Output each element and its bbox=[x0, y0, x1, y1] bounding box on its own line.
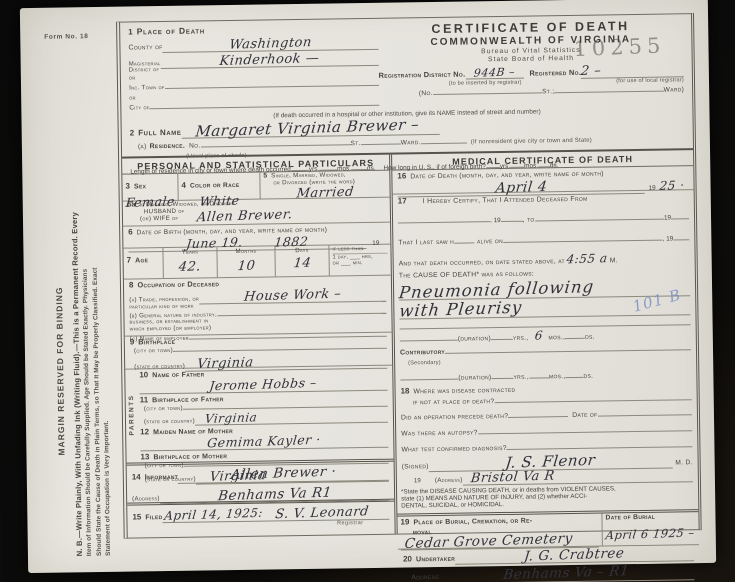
item-11-number: 11 bbox=[140, 395, 149, 405]
reg-district-label: Registration District No. bbox=[379, 70, 466, 80]
wife-of-label: (or) WIFE of bbox=[140, 214, 178, 222]
county-value-line: Washington bbox=[162, 36, 378, 53]
burial-date-value: April 6 1925 – bbox=[605, 527, 695, 541]
item-13-number: 13 bbox=[140, 452, 149, 462]
where-contracted-blank bbox=[494, 399, 691, 403]
md-label: M. D. bbox=[675, 458, 692, 468]
duration1-lead-blank bbox=[400, 332, 458, 342]
alive-on-blank bbox=[503, 240, 663, 243]
item-4-number: 4 bbox=[181, 181, 186, 190]
informant-address-value: Benhams Va R1 bbox=[217, 486, 332, 503]
status-cell: 5Single, Married, Widowed, or Divorced (… bbox=[260, 171, 389, 199]
if-less-cell: if less than 1 day, ___ hrs, or ___ min. bbox=[329, 245, 390, 276]
city-blank bbox=[150, 105, 379, 109]
attended-from-blank bbox=[398, 221, 490, 223]
personal-column: PERSONAL AND STATISTICAL PARTICULARS 3Se… bbox=[122, 155, 398, 538]
physician-address: Bristol Va R bbox=[470, 470, 555, 486]
date-of-blank bbox=[597, 414, 691, 416]
mother-value: Gemima Kayler · bbox=[207, 434, 322, 450]
registered-line: 2 – bbox=[581, 63, 684, 79]
signed-label: (Signed) bbox=[402, 462, 429, 472]
last-saw-h-blank bbox=[454, 234, 474, 243]
header-grid: 1 Place of Death County of Washington Ma… bbox=[128, 18, 684, 113]
bp-city-label: (city or town) bbox=[134, 348, 173, 355]
burial-date-cell: Date of Burial April 6 1925 – bbox=[602, 512, 698, 545]
or-label-2: or bbox=[129, 93, 136, 103]
undertaker-value: J. G. Crabtree bbox=[524, 547, 626, 564]
undertaker-address-value: Benhams Va – R1 bbox=[503, 565, 630, 582]
form-columns: PERSONAL AND STATISTICAL PARTICULARS 3Se… bbox=[122, 150, 699, 537]
abode-note: (Usual place of abode) bbox=[186, 151, 247, 162]
howlong-mos-blank bbox=[510, 159, 524, 168]
inc-town-blank bbox=[165, 85, 379, 89]
sex-cell: 3Sex Female bbox=[122, 174, 178, 201]
item-16-number: 16 bbox=[397, 171, 406, 181]
full-name-trailing-space bbox=[440, 127, 685, 131]
duration1-yrs-blank bbox=[491, 331, 513, 340]
residence-st-blank bbox=[361, 143, 401, 145]
informant-value: Allen Brewer · bbox=[230, 466, 337, 483]
undertaker-line: J. G. Crabtree bbox=[455, 547, 694, 565]
item-1-number: 1 bbox=[128, 26, 133, 37]
age-cell: 7Age bbox=[123, 248, 163, 279]
if-less-3: or ___ min. bbox=[333, 260, 388, 267]
duration2-yrs-blank bbox=[491, 370, 513, 379]
or-label-1: or bbox=[129, 73, 136, 83]
duration1-label: (duration) bbox=[458, 334, 491, 344]
item-5a-number: 5a bbox=[128, 201, 136, 208]
duration2-mos: mos., bbox=[549, 372, 566, 382]
row-informant: 14 Informant Allen Brewer · (Address) Be… bbox=[127, 462, 395, 506]
registered-value: 2 – bbox=[580, 64, 602, 78]
age-days-cell: Days 14 bbox=[275, 246, 329, 277]
certificate-form: 10255 1 Place of Death County of Washing… bbox=[116, 13, 702, 539]
contributory-block: Contributory (Secondary) (duration) yrs.… bbox=[395, 341, 697, 384]
burial-place-cell: 19Place of Burial, Cremation, or Re- mov… bbox=[397, 513, 602, 548]
county-label: County of bbox=[128, 43, 162, 54]
undertaker-address-line: Benhams Va – R1 bbox=[439, 565, 695, 582]
secondary-label: (Secondary) bbox=[408, 358, 441, 368]
residence-st-label: St. bbox=[350, 139, 360, 149]
length-mos-blank bbox=[319, 161, 337, 170]
form-header: 10255 1 Place of Death County of Washing… bbox=[120, 14, 693, 158]
autopsy-blank bbox=[478, 430, 692, 434]
occ-a-value: House Work – bbox=[243, 288, 342, 304]
age-label: Age bbox=[135, 257, 148, 264]
title-block: CERTIFICATE OF DEATH COMMONWEALTH OF VIR… bbox=[378, 18, 685, 110]
parents-vertical-label: PARENTS bbox=[128, 384, 136, 446]
nb-instructions: N. B.—Write Plainly, With Unfading Ink (… bbox=[66, 30, 113, 557]
nonresident-note: (If nonresident give city or town and St… bbox=[471, 136, 592, 148]
duration2-ds: ds. bbox=[583, 372, 593, 382]
father-value: Jerome Hobbs – bbox=[209, 377, 318, 393]
inc-town-label: Inc. Town of bbox=[129, 83, 165, 94]
father-bp-city-blank bbox=[183, 405, 388, 409]
m-label: M. bbox=[610, 256, 618, 266]
sig-address-label: (Address) bbox=[435, 476, 463, 486]
occ-a-label-2: particular kind of work bbox=[129, 303, 199, 311]
county-line: County of Washington bbox=[128, 36, 378, 54]
item-15-number: 15 bbox=[132, 512, 141, 522]
duration2-ds-blank bbox=[565, 369, 583, 378]
occ-b-label-3: which employed (or employer) bbox=[130, 325, 218, 333]
age-days-value: 14 bbox=[293, 257, 312, 271]
item-7-number: 7 bbox=[127, 256, 132, 265]
contributory-label: Contributory bbox=[400, 348, 445, 359]
residence-no-label: No. bbox=[189, 141, 201, 151]
undertaker-address-label: Address bbox=[411, 573, 439, 582]
alive-on-label: alive on bbox=[477, 237, 503, 247]
sex-label: Sex bbox=[134, 183, 146, 190]
item-20-number: 20 bbox=[403, 554, 412, 564]
no-blank bbox=[433, 92, 542, 95]
duration1-mos: mos., bbox=[548, 333, 565, 343]
residence-no-blank bbox=[201, 144, 351, 147]
residence-ward-blank bbox=[421, 143, 467, 145]
item-18-block: 18Where was disease contracted if not at… bbox=[395, 380, 697, 455]
death-time-value: 4:55 a bbox=[566, 252, 608, 265]
county-value: Washington bbox=[228, 36, 312, 52]
undertaker-label: Undertaker bbox=[416, 553, 455, 564]
dod-value: April 4 bbox=[494, 180, 547, 196]
item-10-number: 10 bbox=[139, 370, 148, 380]
test-label: What test confirmed diagnosis? bbox=[401, 444, 506, 456]
cause-value-2: with Pleurisy bbox=[398, 299, 523, 319]
duration2-mos-blank bbox=[529, 369, 549, 378]
city-label: City of bbox=[129, 103, 149, 113]
informant-address-label: (Address) bbox=[132, 496, 160, 503]
date-of-label: Date of bbox=[572, 411, 597, 421]
full-name-value: Margaret Virginia Brewer – bbox=[194, 117, 419, 139]
duration1-ds-blank bbox=[565, 330, 585, 339]
color-label: Color or Race bbox=[190, 182, 240, 190]
place-of-death-block: 1 Place of Death County of Washington Ma… bbox=[128, 23, 379, 114]
father-bp-state-label: (state or country) bbox=[144, 419, 195, 427]
age-months-cell: Months 10 bbox=[217, 246, 275, 277]
no-label: (No. bbox=[419, 89, 433, 99]
item-17-number: 17 bbox=[398, 196, 407, 206]
father-bp-city-label: (city or town) bbox=[144, 405, 183, 412]
duration1-yrs: yrs., bbox=[513, 334, 529, 344]
operation-label: Did an operation precede death? bbox=[401, 412, 508, 424]
residence-label: Residence. bbox=[149, 142, 185, 153]
place-of-death-line: 1 Place of Death bbox=[128, 23, 378, 38]
occ-b-blank bbox=[217, 312, 386, 316]
place-of-death-label: Place of Death bbox=[137, 25, 205, 37]
birthplace-label: Birthplace bbox=[138, 337, 175, 348]
footnote-block: *State the DISEASE CAUSING DEATH, or in … bbox=[397, 482, 698, 516]
item-19-number: 19 bbox=[400, 517, 409, 527]
district-value-line: Kinderhook — bbox=[160, 52, 378, 69]
attended-19a-blank bbox=[501, 213, 523, 222]
registrar-signature: S. V. Leonard bbox=[275, 505, 370, 521]
attended-19b-blank bbox=[671, 210, 689, 219]
occupation-label: Occupation of Deceased bbox=[137, 279, 219, 290]
bp-city-blank bbox=[173, 348, 387, 352]
item-9-number: 9 bbox=[130, 337, 135, 347]
row-date-of-death: 16Date of Death (month, day, and year, w… bbox=[392, 166, 693, 194]
howlong-ds-blank bbox=[538, 158, 550, 167]
residence-ward-label: Ward. bbox=[401, 138, 421, 148]
full-name-value-line: Margaret Virginia Brewer – bbox=[181, 119, 440, 139]
where-contracted-2: if not at place of death? bbox=[413, 397, 495, 408]
residence-a-label: (a) bbox=[138, 142, 147, 152]
item-2-number: 2 bbox=[130, 128, 135, 138]
st-label: St.; bbox=[542, 87, 554, 97]
parents-block: PARENTS 10Name of Father Jerome Hobbs – … bbox=[125, 366, 393, 466]
full-name-label: Full Name bbox=[138, 128, 181, 139]
alive-19: , 19 bbox=[663, 234, 674, 244]
duration2-lead-blank bbox=[400, 371, 458, 381]
item-14-number: 14 bbox=[132, 472, 141, 482]
registered-note: (for use of local registrar) bbox=[616, 77, 684, 84]
item-5-number: 5 bbox=[263, 172, 267, 179]
autopsy-label: Was there an autopsy? bbox=[401, 428, 478, 439]
signature-block: (Signed) J. S. Flenor M. D. 19 (Address)… bbox=[397, 451, 698, 486]
binding-margin-note: MARGIN RESERVED FOR BINDING bbox=[52, 156, 66, 456]
last-saw-text: That I last saw h bbox=[398, 238, 454, 249]
item-3-number: 3 bbox=[125, 182, 130, 191]
contributory-blank bbox=[445, 349, 691, 354]
burial-label-1: Place of Burial, Cremation, or Re- bbox=[413, 516, 532, 528]
age-months-value: 10 bbox=[237, 260, 256, 274]
length-yrs-blank bbox=[291, 162, 309, 171]
age-years-cell: Years 42. bbox=[163, 247, 217, 278]
medical-column: MEDICAL CERTIFICATE OF DEATH 16Date of D… bbox=[392, 150, 699, 533]
reg-district-note: (to be inserted by registrar) bbox=[449, 80, 522, 87]
alive-19-blank bbox=[673, 231, 689, 240]
months-label: Months bbox=[220, 247, 271, 255]
dod-printed-19: 19 bbox=[649, 184, 656, 194]
reg-district-line: 944B – bbox=[465, 67, 523, 80]
row-age: 7Age Years 42. Months 10 Days 14 if les bbox=[123, 245, 390, 280]
no-st-ward-line: (No. St.; Ward) bbox=[379, 85, 684, 100]
item-18-number: 18 bbox=[401, 386, 410, 396]
district-value: Kinderhook — bbox=[219, 52, 320, 68]
informant-line: Allen Brewer · bbox=[178, 466, 389, 484]
age-years-value: 42. bbox=[178, 260, 202, 274]
length-ds-blank bbox=[351, 161, 367, 170]
burial-row: 19Place of Burial, Cremation, or Re- mov… bbox=[397, 512, 698, 549]
operation-blank bbox=[508, 416, 568, 418]
certificate-paper: Form No. 18 MARGIN RESERVED FOR BINDING … bbox=[20, 0, 716, 573]
years-label: Years bbox=[166, 248, 213, 256]
reg-district-value: 944B – bbox=[473, 66, 515, 78]
duration1-ds: ds. bbox=[585, 333, 595, 343]
sig-19: 19 bbox=[414, 476, 421, 486]
death-occurred-text: And that death occurred, on date stated … bbox=[399, 257, 565, 269]
row-certify: 17 I Hereby Certify, That I Attended Dec… bbox=[393, 190, 695, 281]
duration1-mos-value: 6 bbox=[534, 329, 543, 341]
duration2-yrs: yrs., bbox=[513, 373, 529, 383]
registered-label: Registered No. bbox=[529, 68, 581, 78]
to-label: , to bbox=[523, 216, 535, 226]
burial-date-label: Date of Burial bbox=[605, 513, 695, 521]
filed-label: Filed bbox=[145, 513, 162, 523]
cause-block: 101 B Pneumonia following with Pleurisy … bbox=[394, 277, 696, 345]
ward-label: Ward) bbox=[664, 85, 685, 95]
father-bp-state-value: Virginia bbox=[204, 411, 258, 425]
st-blank bbox=[554, 91, 663, 94]
attended-19a: , 19 bbox=[490, 216, 501, 226]
where-contracted-1: Where was disease contracted bbox=[413, 386, 515, 398]
spouse-value: Allen Brewer. bbox=[196, 208, 293, 224]
item-8-number: 8 bbox=[129, 280, 134, 290]
informant-label: Informant bbox=[145, 472, 179, 482]
row-sex-color-status: 3Sex Female 4Color or Race White 5Single… bbox=[122, 171, 389, 202]
attended-to-blank bbox=[535, 219, 664, 222]
test-blank bbox=[507, 446, 693, 450]
item-6-number: 6 bbox=[128, 227, 133, 237]
color-cell: 4Color or Race White bbox=[178, 173, 260, 200]
dod-year-value: 25 · bbox=[659, 179, 685, 192]
row-occupation: 8Occupation of Deceased (a) Trade, profe… bbox=[124, 276, 392, 337]
duration2-label: (duration) bbox=[458, 373, 491, 383]
item-12-number: 12 bbox=[140, 428, 149, 438]
filed-date-value: April 14, 1925: bbox=[164, 507, 264, 522]
occ-a-line: House Work – bbox=[199, 288, 386, 305]
howlong-yrs-blank bbox=[486, 159, 500, 168]
row-filed: 15 Filed April 14, 1925: S. V. Leonard R… bbox=[127, 502, 394, 530]
row-birthplace: 9Birthplace (city or town) (state or cou… bbox=[125, 333, 392, 370]
